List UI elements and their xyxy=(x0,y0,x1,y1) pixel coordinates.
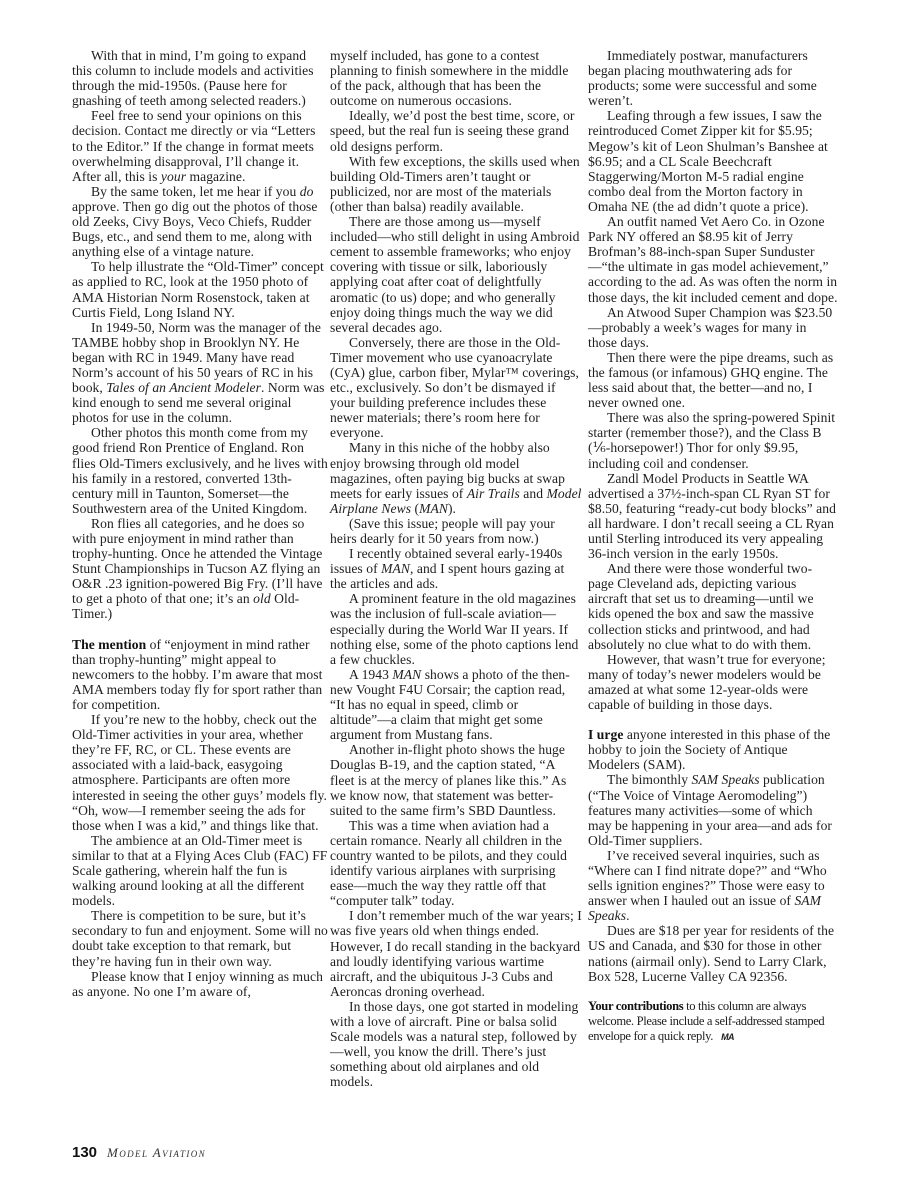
paragraph: Feel free to send your opinions on this … xyxy=(72,108,328,183)
paragraph: By the same token, let me hear if you do… xyxy=(72,184,328,259)
paragraph: There is competition to be sure, but it’… xyxy=(72,908,328,968)
paragraph-continued: myself included, has gone to a contest p… xyxy=(330,48,582,108)
paragraph: With that in mind, I’m going to expand t… xyxy=(72,48,328,108)
paragraph: In those days, one got started in modeli… xyxy=(330,999,582,1090)
paragraph: The ambience at an Old-Timer meet is sim… xyxy=(72,833,328,908)
column-middle: myself included, has gone to a contest p… xyxy=(330,48,582,1089)
paragraph: With few exceptions, the skills used whe… xyxy=(330,154,582,214)
paragraph: Leafing through a few issues, I saw the … xyxy=(588,108,838,214)
paragraph: If you’re new to the hobby, check out th… xyxy=(72,712,328,833)
paragraph: An Atwood Super Champion was $23.50—prob… xyxy=(588,305,838,350)
paragraph: There are those among us—myself included… xyxy=(330,214,582,335)
section-lead-paragraph: I urge anyone interested in this phase o… xyxy=(588,727,838,772)
column-left: With that in mind, I’m going to expand t… xyxy=(72,48,328,999)
paragraph: This was a time when aviation had a cert… xyxy=(330,818,582,909)
paragraph: In 1949-50, Norm was the manager of the … xyxy=(72,320,328,426)
paragraph: Another in-flight photo shows the huge D… xyxy=(330,742,582,817)
run-in-heading: I urge xyxy=(588,727,623,742)
emphasis: old xyxy=(253,591,271,606)
emphasis: your xyxy=(161,169,186,184)
paragraph: Zandl Model Products in Seattle WA adver… xyxy=(588,471,838,562)
paragraph: Ideally, we’d post the best time, score,… xyxy=(330,108,582,153)
paragraph: Ron flies all categories, and he does so… xyxy=(72,516,328,622)
paragraph: Dues are $18 per year for residents of t… xyxy=(588,923,838,983)
magazine-abbrev: MAN xyxy=(419,501,448,516)
paragraph: There was also the spring-powered Spinit… xyxy=(588,410,838,470)
magazine-name: Model Aviation xyxy=(107,1145,206,1161)
paragraph: The bimonthly SAM Speaks publication (“T… xyxy=(588,772,838,847)
paragraph: I don’t remember much of the war years; … xyxy=(330,908,582,999)
section-lead-paragraph: The mention of “enjoyment in mind rather… xyxy=(72,637,328,712)
run-in-heading: The mention xyxy=(72,637,146,652)
page-number: 130 xyxy=(72,1144,97,1161)
magazine-abbrev: MAN xyxy=(381,561,410,576)
paragraph: Other photos this month come from my goo… xyxy=(72,425,328,516)
contributions-note: Your contributions to this column are al… xyxy=(588,999,838,1045)
paragraph: However, that wasn’t true for everyone; … xyxy=(588,652,838,712)
magazine-abbrev: MAN xyxy=(392,667,421,682)
paragraph: An outfit named Vet Aero Co. in Ozone Pa… xyxy=(588,214,838,305)
paragraph: Please know that I enjoy winning as much… xyxy=(72,969,328,999)
paragraph: To help illustrate the “Old-Timer” conce… xyxy=(72,259,328,319)
paragraph: Immediately postwar, manufacturers began… xyxy=(588,48,838,108)
paragraph: A 1943 MAN shows a photo of the then-new… xyxy=(330,667,582,742)
paragraph: Then there were the pipe dreams, such as… xyxy=(588,350,838,410)
emphasis: do xyxy=(300,184,314,199)
column-right: Immediately postwar, manufacturers began… xyxy=(588,48,838,1045)
run-in-heading: Your contributions xyxy=(588,999,683,1013)
magazine-title: Air Trails xyxy=(467,486,520,501)
magazine-page: With that in mind, I’m going to expand t… xyxy=(0,0,916,1186)
paragraph: I recently obtained several early-1940s … xyxy=(330,546,582,591)
book-title: Tales of an Ancient Modeler xyxy=(106,380,261,395)
paragraph: (Save this issue; people will pay your h… xyxy=(330,516,582,546)
paragraph: I’ve received several inquiries, such as… xyxy=(588,848,838,923)
paragraph: And there were those wonderful two-page … xyxy=(588,561,838,652)
paragraph: Conversely, there are those in the Old-T… xyxy=(330,335,582,441)
paragraph: Many in this niche of the hobby also enj… xyxy=(330,440,582,515)
paragraph: A prominent feature in the old magazines… xyxy=(330,591,582,666)
publication-title: SAM Speaks xyxy=(692,772,760,787)
page-footer: 130 Model Aviation xyxy=(72,1144,206,1161)
end-mark-logo: MA xyxy=(721,1032,734,1042)
